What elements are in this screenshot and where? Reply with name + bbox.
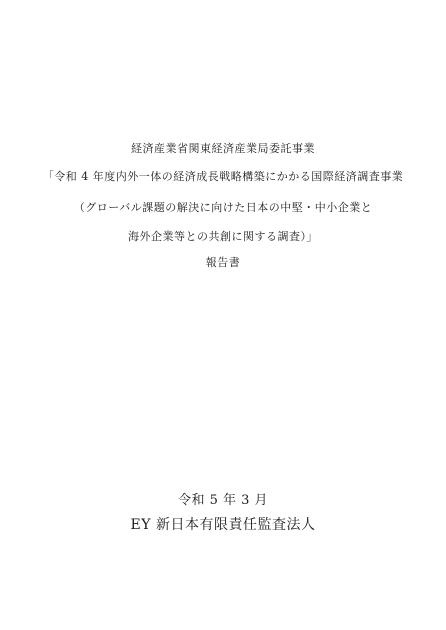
commission-line: 経済産業省関東経済産業局委託事業 [0,140,446,156]
report-cover-page: 経済産業省関東経済産業局委託事業 「令和 4 年度内外一体の経済成長戦略構築にか… [0,0,446,630]
organization-name: EY 新日本有限責任監査法人 [0,514,446,534]
date-line: 令和 5 年 3 月 [0,489,446,508]
report-label: 報告書 [0,254,446,270]
project-title-line-3: 海外企業等との共創に関する調査）」 [0,228,446,244]
project-title-line-2: （グローバル課題の解決に向けた日本の中堅・中小企業と [0,199,446,215]
project-title-line-1: 「令和 4 年度内外一体の経済成長戦略構築にかかる国際経済調査事業 [0,168,446,184]
